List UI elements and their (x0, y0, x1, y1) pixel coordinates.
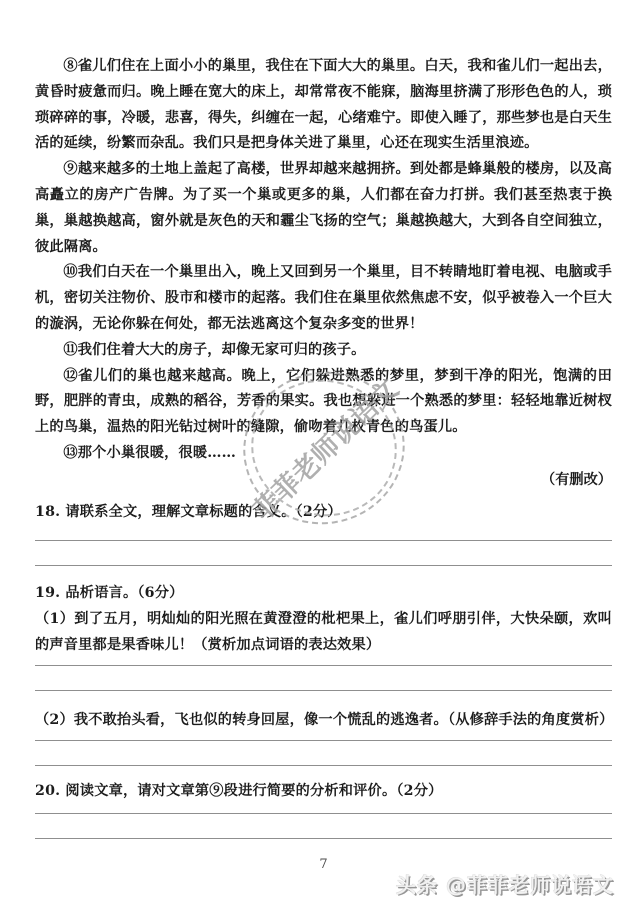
answer-line (35, 666, 612, 691)
source-note: （有删改） (35, 467, 612, 493)
article-paragraph-12: ⑫雀儿们的巢也越来越高。晚上，它们躲进熟悉的梦里，梦到干净的阳光，饱满的田野，肥… (35, 364, 612, 441)
answer-line (35, 733, 612, 741)
article-paragraph-13: ⑬那个小巢很暖，很暖…… (35, 441, 612, 467)
answer-line (35, 525, 612, 541)
page-content: ⑧雀儿们住在上面小小的巢里，我住在下面大大的巢里。白天，我和雀儿们一起出去，黄昏… (35, 54, 612, 872)
question-19-sub1: （1）到了五月，明灿灿的阳光照在黄澄澄的枇杷果上，雀儿们呼朋引伴，大快朵颐，欢叫… (35, 606, 612, 658)
article-paragraph-11: ⑪我们住着大大的房子，却像无家可归的孩子。 (35, 338, 612, 364)
answer-line (35, 658, 612, 666)
article-paragraph-10: ⑩我们白天在一个巢里出入，晚上又回到另一个巢里，目不转睛地盯着电视、电脑或手机，… (35, 260, 612, 337)
question-20: 20. 阅读文章，请对文章第⑨段进行简要的分析和评价。（2分） (35, 778, 612, 804)
article-paragraph-9: ⑨越来越多的土地上盖起了高楼，世界却越来越拥挤。到处都是蜂巢般的楼房，以及高高矗… (35, 157, 612, 260)
answer-line (35, 814, 612, 839)
answer-line (35, 804, 612, 814)
question-19-sub2: （2）我不敢抬头看，飞也似的转身回屋，像一个慌乱的逃逸者。（从修辞手法的角度赏析… (35, 707, 612, 733)
answer-line (35, 541, 612, 566)
article-paragraph-8: ⑧雀儿们住在上面小小的巢里，我住在下面大大的巢里。白天，我和雀儿们一起出去，黄昏… (35, 54, 612, 157)
question-19-title: 19. 品析语言。（6分） (35, 580, 612, 606)
exam-paper-page: ⑧雀儿们住在上面小小的巢里，我住在下面大大的巢里。白天，我和雀儿们一起出去，黄昏… (0, 0, 640, 905)
answer-line (35, 741, 612, 766)
question-18: 18. 请联系全文，理解文章标题的含义。（2分） (35, 499, 612, 525)
toutiao-watermark: 头条 @菲菲老师说语文 (396, 869, 614, 898)
